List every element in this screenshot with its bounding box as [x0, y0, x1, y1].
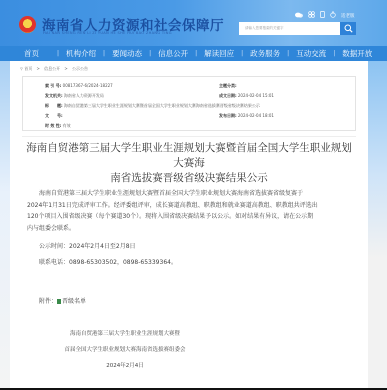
excel-file-icon — [57, 299, 61, 304]
contact-phone: 联系电话：0898-65303502，0898-65339364。 — [27, 257, 177, 269]
nav-item-news[interactable]: 要闻动态 — [112, 48, 142, 59]
article-title: 海南自贸港第三届大学生职业生涯规划大赛暨首届全国大学生职业规划大赛海 南省选拔赛… — [22, 141, 356, 186]
nav-item-home[interactable]: 首页 — [24, 48, 39, 59]
meta-issuer: 发文机关: 海南省人力资源开发局 — [45, 93, 104, 99]
breadcrumb-separator: > — [64, 66, 67, 71]
top-icon-bar: 适老版 — [295, 11, 355, 20]
meta-validity: 时 效 性: 有效 — [45, 123, 71, 129]
mobile-icon[interactable] — [320, 11, 325, 20]
national-emblem-icon — [19, 16, 36, 33]
attachment-link[interactable]: 晋级名单 — [62, 298, 86, 305]
meta-publish-date: 发布日期: 2024-02-04 18:01 — [219, 113, 274, 119]
nav-separator: | — [287, 50, 289, 57]
meta-date-written: 成文日期: 2024-02-04 15:01 — [219, 93, 274, 99]
breadcrumb-home[interactable]: 首页 — [24, 66, 32, 71]
left-background — [0, 61, 10, 390]
site-header: 海南省人力资源和社会保障厅 HAI NAN SHENG REN LI ZI YU… — [0, 0, 387, 46]
signature-org-line1: 海南自贸港第三届大学生职业生涯规划大赛暨 — [35, 329, 215, 337]
nav-item-about[interactable]: 机构介绍 — [66, 48, 96, 59]
breadcrumb-separator: > — [36, 66, 39, 71]
wechat-icon[interactable] — [295, 12, 303, 20]
breadcrumb-disclosure[interactable]: 信息公开 — [44, 66, 60, 71]
nav-item-interaction[interactable]: 互动交流 — [296, 48, 326, 59]
nav-item-disclosure[interactable]: 信息公开 — [158, 48, 188, 59]
signature-org-line2: 首届全国大学生职业规划大赛海南省选拔赛组委会 — [35, 345, 215, 353]
article-paragraph: 海南自贸港第三届大学生职业生涯规划大赛暨首届全国大学生职业规划大赛海南省选拔赛省… — [27, 188, 318, 234]
nav-separator: | — [241, 50, 243, 57]
site-pinyin: HAI NAN SHENG REN LI ZI YUAN HE SHE HUI … — [43, 31, 172, 35]
search-input[interactable]: 请输入您要搜索的关键字 — [239, 22, 340, 35]
meta-doc-no: 文 号: — [45, 113, 63, 119]
document-metadata: 索 引 号: 00817367-6/2024-18227 主题分类: 发文机关:… — [22, 76, 356, 131]
accessibility-icon[interactable] — [330, 11, 336, 20]
breadcrumb-notices[interactable]: 公示公告 — [72, 66, 88, 71]
nav-separator: | — [57, 50, 59, 57]
right-background — [368, 61, 387, 390]
main-nav: 首页 | 机构介绍 | 要闻动态 | 信息公开 | 解读回应 | 政务服务 | … — [0, 46, 387, 61]
nav-item-interpretation[interactable]: 解读回应 — [204, 48, 234, 59]
divider — [22, 136, 356, 137]
meta-title: 标 题: 海南自贸港第三届大学生职业生涯规划大赛暨首届全国大学生职业规划大赛海南… — [45, 103, 260, 109]
meta-category: 主题分类: — [219, 83, 237, 89]
search-icon — [344, 24, 353, 33]
nav-item-services[interactable]: 政务服务 — [250, 48, 280, 59]
nav-separator: | — [333, 50, 335, 57]
notice-period: 公示时间：2024年2月4日至2月8日 — [27, 241, 136, 253]
attachment-row: 附件：晋级名单 — [27, 296, 86, 308]
nav-separator: | — [103, 50, 105, 57]
signature-date: 2024年2月4日 — [35, 361, 215, 369]
weibo-icon[interactable] — [308, 11, 315, 20]
nav-item-open-data[interactable]: 数据开放 — [342, 48, 372, 59]
nav-separator: | — [195, 50, 197, 57]
breadcrumb: ⚲ 首页 > 信息公开 > 公示公告 — [20, 66, 88, 72]
search-button[interactable] — [340, 22, 356, 35]
meta-index: 索 引 号: 00817367-6/2024-18227 — [45, 83, 113, 89]
elder-mode-link[interactable]: 适老版 — [341, 13, 355, 19]
article-container: ⚲ 首页 > 信息公开 > 公示公告 索 引 号: 00817367-6/202… — [10, 61, 368, 390]
nav-separator: | — [149, 50, 151, 57]
